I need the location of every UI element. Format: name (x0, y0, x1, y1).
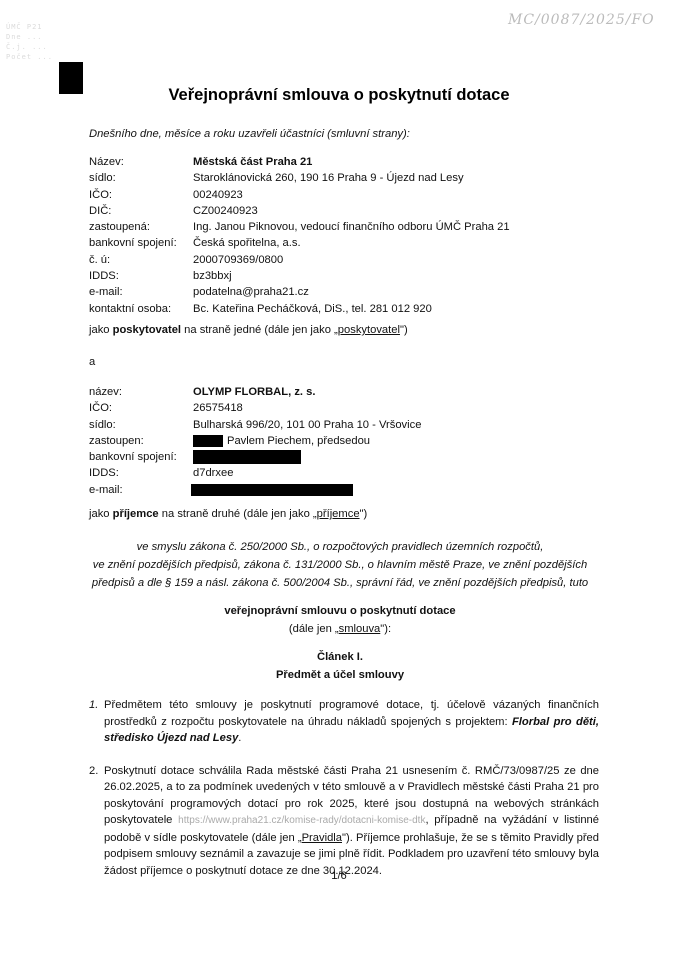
field-label: zastoupen: (89, 433, 193, 449)
field-value: Pavlem Piechem, předsedou (227, 433, 370, 449)
recipient-row-representative: zastoupen:Pavlem Piechem, předsedou (89, 433, 609, 449)
article-heading: Článek I. Předmět a účel smlouvy (60, 648, 620, 684)
field-label: bankovní spojení: (89, 235, 193, 251)
recipient-row-name: název:OLYMP FLORBAL, z. s. (89, 384, 609, 400)
field-label: IČO: (89, 400, 193, 416)
field-value: 2000709369/0800 (193, 252, 283, 268)
role-term: poskytovatel (113, 324, 181, 336)
field-value: Ing. Janou Piknovou, vedoucí finančního … (193, 219, 510, 235)
legal-basis-line: předpisů a dle § 159 a násl. zákona č. 5… (60, 574, 620, 592)
field-label: e-mail: (89, 482, 193, 498)
role-term: příjemce (113, 508, 159, 520)
field-label: zastoupená: (89, 219, 193, 235)
field-value: bz3bbxj (193, 268, 232, 284)
stamp-line: ÚMČ P21 (6, 22, 58, 32)
contract-name: veřejnoprávní smlouvu o poskytnutí dotac… (60, 602, 620, 620)
field-label: IDDS: (89, 465, 193, 481)
field-label: DIČ: (89, 203, 193, 219)
page-number: 1/6 (0, 870, 678, 882)
defined-term: smlouva (339, 623, 381, 635)
field-value: 00240923 (193, 187, 243, 203)
text: jako (89, 508, 113, 520)
article-clauses: 1. Předmětem této smlouvy je poskytnutí … (89, 697, 599, 879)
contract-alias: (dále jen „smlouva"): (60, 620, 620, 638)
field-label: kontaktní osoba: (89, 301, 193, 317)
recipient-role-statement: jako příjemce na straně druhé (dále jen … (89, 508, 589, 520)
field-label: bankovní spojení: (89, 449, 193, 465)
clause-1: 1. Předmětem této smlouvy je poskytnutí … (89, 697, 599, 747)
legal-basis: ve smyslu zákona č. 250/2000 Sb., o rozp… (60, 538, 620, 592)
text: jako (89, 324, 113, 336)
provider-row-dic: DIČ:CZ00240923 (89, 203, 609, 219)
provider-row-idds: IDDS:bz3bbxj (89, 268, 609, 284)
field-label: IČO: (89, 187, 193, 203)
field-value: Bc. Kateřina Pecháčková, DiS., tel. 281 … (193, 301, 432, 317)
provider-row-email: e-mail:podatelna@praha21.cz (89, 284, 609, 300)
legal-basis-line: ve smyslu zákona č. 250/2000 Sb., o rozp… (60, 538, 620, 556)
stamp-line: Dne ... (6, 32, 58, 42)
clause-2: 2. Poskytnutí dotace schválila Rada měst… (89, 763, 599, 880)
provider-role-statement: jako poskytovatel na straně jedné (dále … (89, 324, 589, 336)
field-value: Bulharská 996/20, 101 00 Praha 10 - Vršo… (193, 417, 421, 433)
field-label: sídlo: (89, 417, 193, 433)
text: . (238, 732, 241, 744)
legal-basis-line: ve znění pozdějších předpisů, zákona č. … (60, 556, 620, 574)
recipient-row-email: e-mail: (89, 482, 609, 498)
stamp-line: Č.j. ... (6, 42, 58, 52)
intro-text: Dnešního dne, měsíce a roku uzavřeli úča… (89, 128, 410, 140)
field-value: podatelna@praha21.cz (193, 284, 309, 300)
text: "): (380, 623, 391, 635)
field-label: IDDS: (89, 268, 193, 284)
rules-link[interactable]: https://www.praha21.cz/komise-rady/dotac… (178, 815, 425, 826)
contract-heading: veřejnoprávní smlouvu o poskytnutí dotac… (60, 602, 620, 638)
text: ") (400, 324, 408, 336)
field-label: sídlo: (89, 170, 193, 186)
redaction-bar (191, 484, 353, 496)
field-value: 26575418 (193, 400, 243, 416)
redaction-bar (193, 450, 301, 464)
redaction-bar (193, 435, 223, 447)
provider-row-name: Název:Městská část Praha 21 (89, 154, 609, 170)
field-label: e-mail: (89, 284, 193, 300)
recipient-row-bank: bankovní spojení: (89, 449, 609, 465)
article-number: Článek I. (60, 648, 620, 666)
text: (dále jen „ (289, 623, 339, 635)
recipient-row-ico: IČO:26575418 (89, 400, 609, 416)
defined-term: poskytovatel (338, 324, 400, 336)
conjunction-and: a (89, 356, 589, 368)
text: na straně jedné (dále jen jako „ (181, 324, 338, 336)
clause-number: 2. (89, 763, 98, 780)
document-title: Veřejnoprávní smlouva o poskytnutí dotac… (0, 86, 678, 105)
provider-details: Název:Městská část Praha 21 sídlo:Starok… (89, 154, 609, 317)
field-label: Název: (89, 154, 193, 170)
recipient-row-idds: IDDS:d7drxee (89, 465, 609, 481)
defined-term: Pravidla (302, 832, 342, 844)
recipient-row-seat: sídlo:Bulharská 996/20, 101 00 Praha 10 … (89, 417, 609, 433)
provider-row-contact: kontaktní osoba:Bc. Kateřina Pecháčková,… (89, 301, 609, 317)
field-value: CZ00240923 (193, 203, 258, 219)
article-title: Předmět a účel smlouvy (60, 666, 620, 684)
field-value: d7drxee (193, 465, 233, 481)
defined-term: příjemce (317, 508, 360, 520)
recipient-details: název:OLYMP FLORBAL, z. s. IČO:26575418 … (89, 384, 609, 498)
provider-row-account: č. ú:2000709369/0800 (89, 252, 609, 268)
provider-row-bank: bankovní spojení:Česká spořitelna, a.s. (89, 235, 609, 251)
text: na straně druhé (dále jen jako „ (159, 508, 317, 520)
registry-stamp: ÚMČ P21 Dne ... Č.j. ... Počet ... (6, 22, 58, 78)
field-label: č. ú: (89, 252, 193, 268)
provider-row-seat: sídlo:Staroklánovická 260, 190 16 Praha … (89, 170, 609, 186)
handwritten-reference: MC/0087/2025/FO (508, 12, 655, 28)
provider-row-ico: IČO:00240923 (89, 187, 609, 203)
field-value: OLYMP FLORBAL, z. s. (193, 384, 315, 400)
field-value: Staroklánovická 260, 190 16 Praha 9 - Új… (193, 170, 464, 186)
stamp-line: Počet ... (6, 52, 58, 62)
field-value: Česká spořitelna, a.s. (193, 235, 301, 251)
clause-number: 1. (89, 697, 98, 714)
text: ") (360, 508, 368, 520)
field-label: název: (89, 384, 193, 400)
provider-row-representative: zastoupená:Ing. Janou Piknovou, vedoucí … (89, 219, 609, 235)
field-value: Městská část Praha 21 (193, 154, 312, 170)
